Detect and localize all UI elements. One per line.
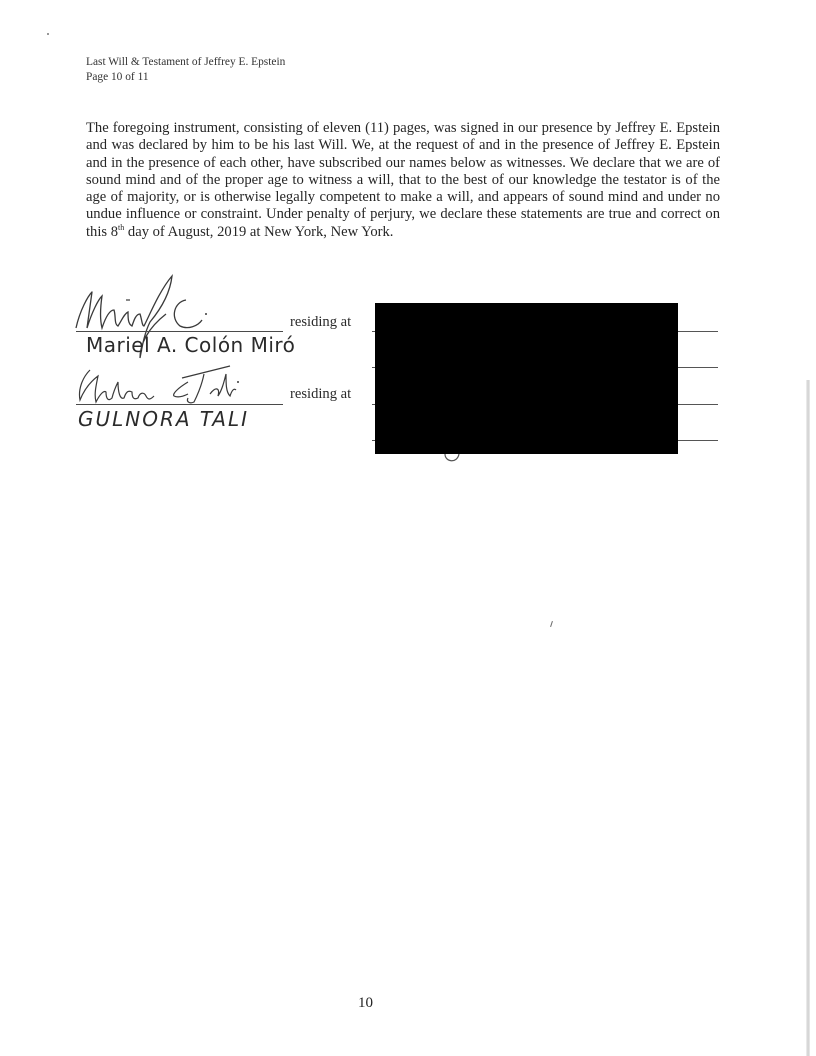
signature-line xyxy=(76,404,283,405)
redaction-box xyxy=(375,303,678,454)
page-label: Page 10 of 11 xyxy=(86,70,285,85)
residing-at-label: residing at xyxy=(290,386,351,403)
signature-icon xyxy=(70,360,260,410)
signature-line xyxy=(76,331,283,332)
scan-speck xyxy=(47,33,49,35)
document-title: Last Will & Testament of Jeffrey E. Epst… xyxy=(86,55,285,70)
signature-tail-icon xyxy=(443,454,463,466)
printed-name: GULNORA TALI xyxy=(78,407,249,431)
page-number: 10 xyxy=(358,995,373,1012)
printed-name: Mariel A. Colón Miró xyxy=(86,333,295,357)
stray-mark xyxy=(550,621,553,627)
attestation-text: The foregoing instrument, consisting of … xyxy=(86,120,720,240)
residing-at-label: residing at xyxy=(290,314,351,331)
attestation-text-end: day of August, 2019 at New York, New Yor… xyxy=(124,224,393,240)
document-header: Last Will & Testament of Jeffrey E. Epst… xyxy=(86,55,285,85)
attestation-clause: The foregoing instrument, consisting of … xyxy=(86,120,720,241)
scan-edge-shadow xyxy=(806,380,810,1056)
